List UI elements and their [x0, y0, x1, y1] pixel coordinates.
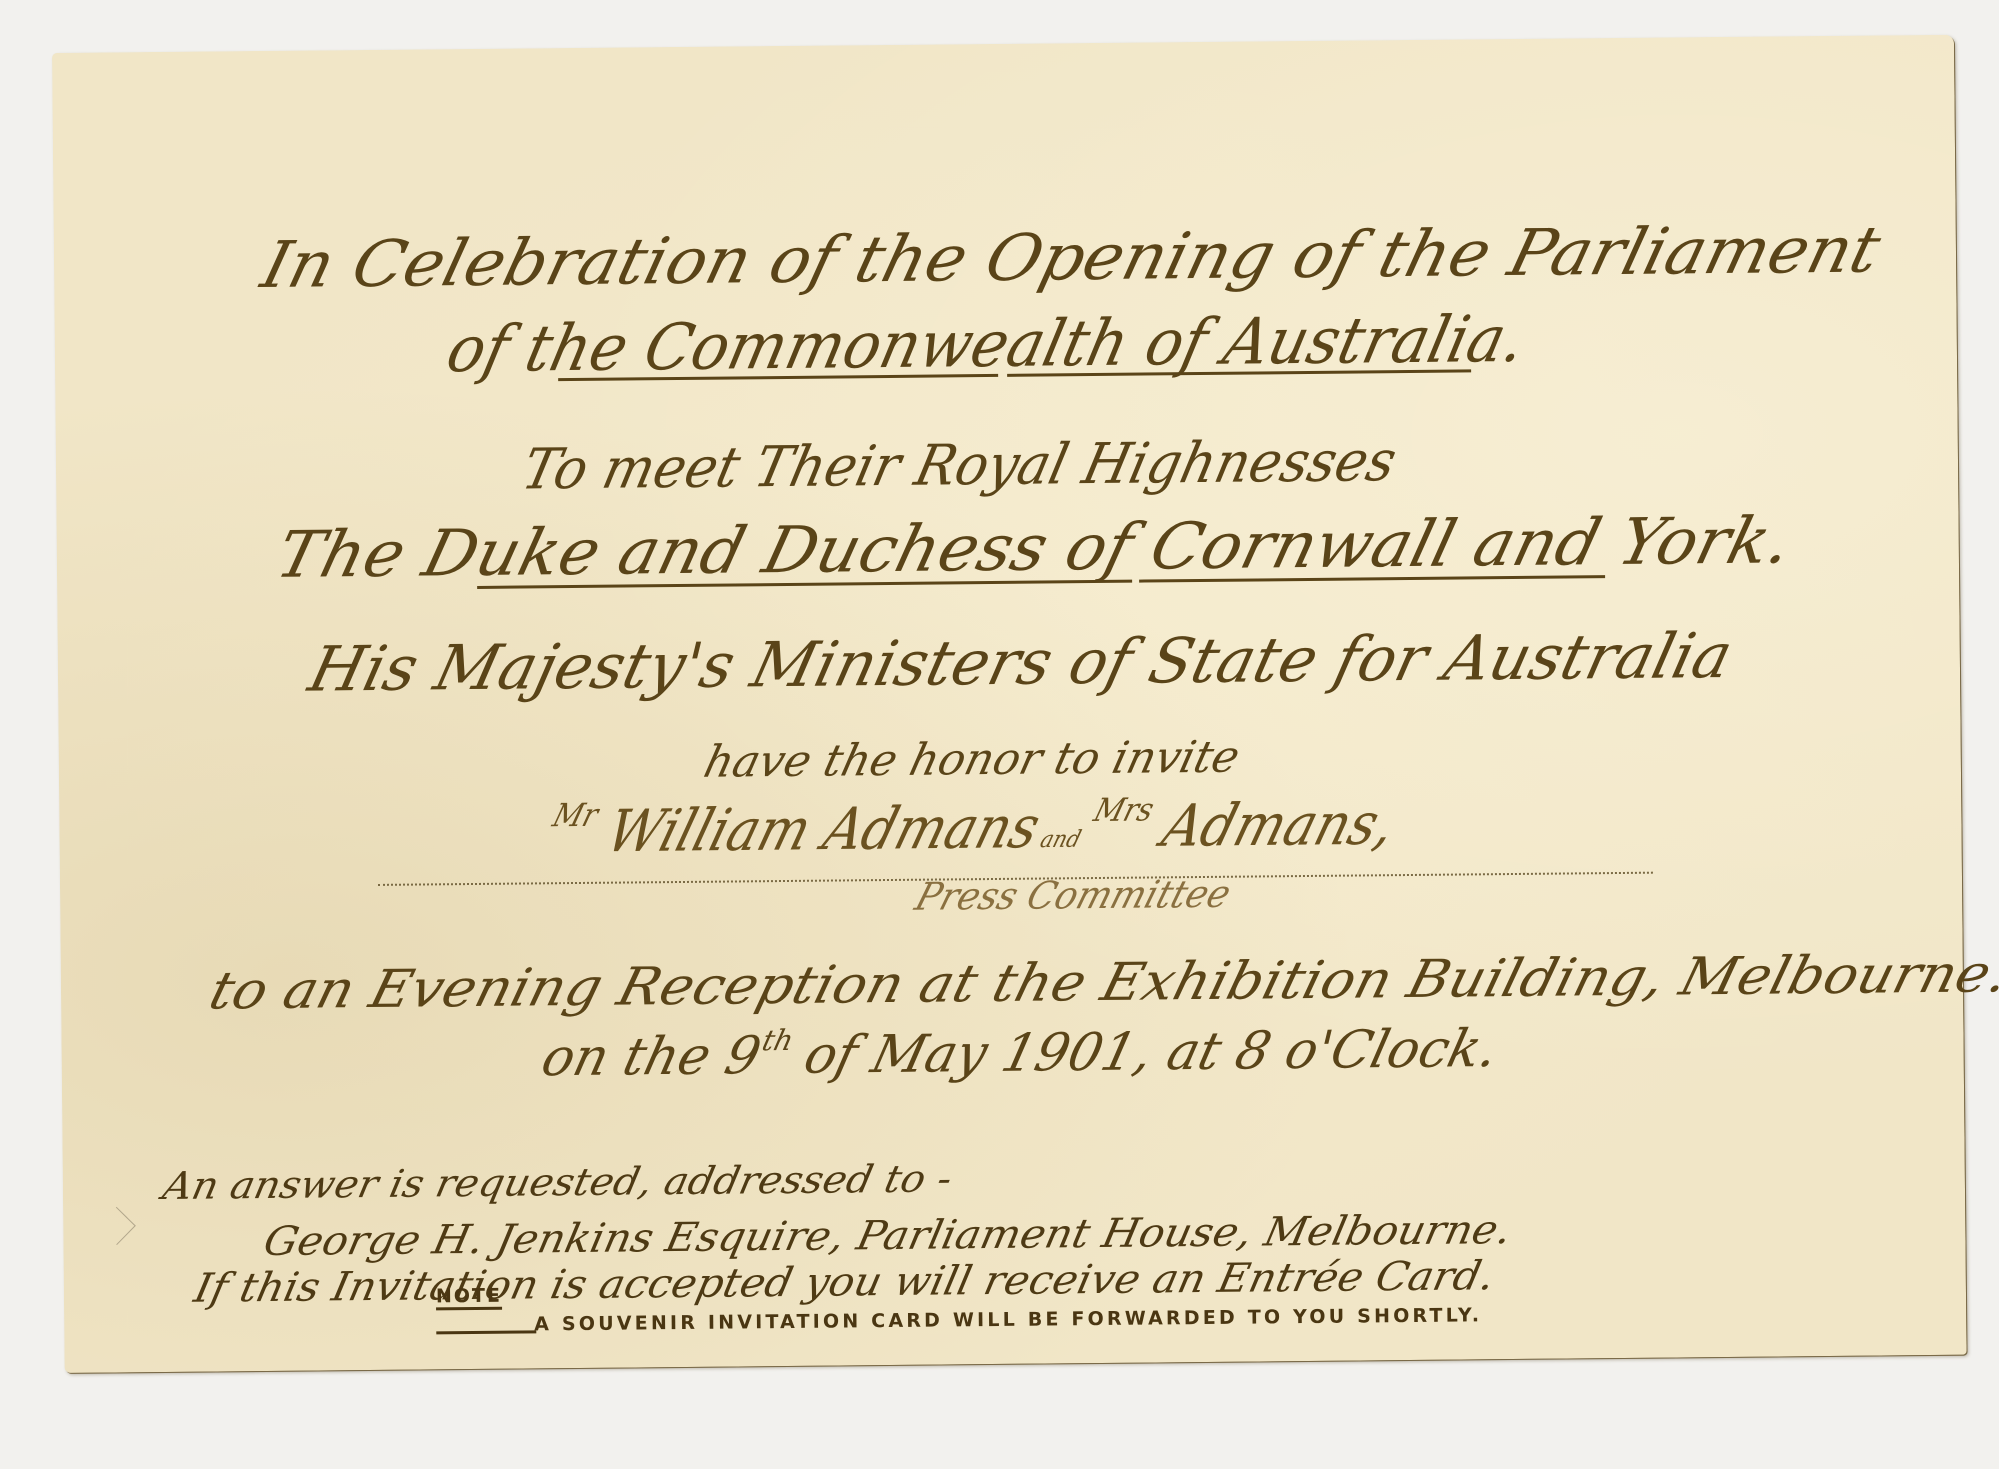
note-label: NOTE	[436, 1285, 502, 1311]
partner-name: Admans,	[1139, 790, 1404, 861]
guests-line-1: To meet Their Royal Highnesses	[516, 429, 1402, 503]
invitation-card: In Celebration of the Opening of the Par…	[52, 35, 1967, 1373]
heading-line-1: In Celebration of the Opening of the Par…	[254, 213, 1887, 303]
rsvp-line: An answer is requested, addressed to -	[159, 1156, 956, 1208]
event-line: to an Evening Reception at the Exhibitio…	[203, 944, 1999, 1021]
note-rule	[436, 1330, 536, 1334]
invitee-conjunction: and	[1031, 826, 1091, 854]
event-date: on the 9th of May 1901, at 8 o'Clock.	[536, 1016, 1505, 1088]
date-prefix: on the 9	[536, 1026, 766, 1088]
invitee-name: William Admans	[583, 793, 1048, 865]
invitee-names: Mr William Admans and Mrs Admans,	[540, 788, 1404, 866]
corner-crease-mark	[98, 1207, 136, 1245]
note-text: A SOUVENIR INVITATION CARD WILL BE FORWA…	[534, 1304, 1482, 1335]
date-rest: of May 1901, at 8 o'Clock.	[782, 1019, 1504, 1086]
host-line: His Majesty's Ministers of State for Aus…	[302, 619, 1739, 706]
invite-phrase: have the honor to invite	[699, 732, 1245, 788]
